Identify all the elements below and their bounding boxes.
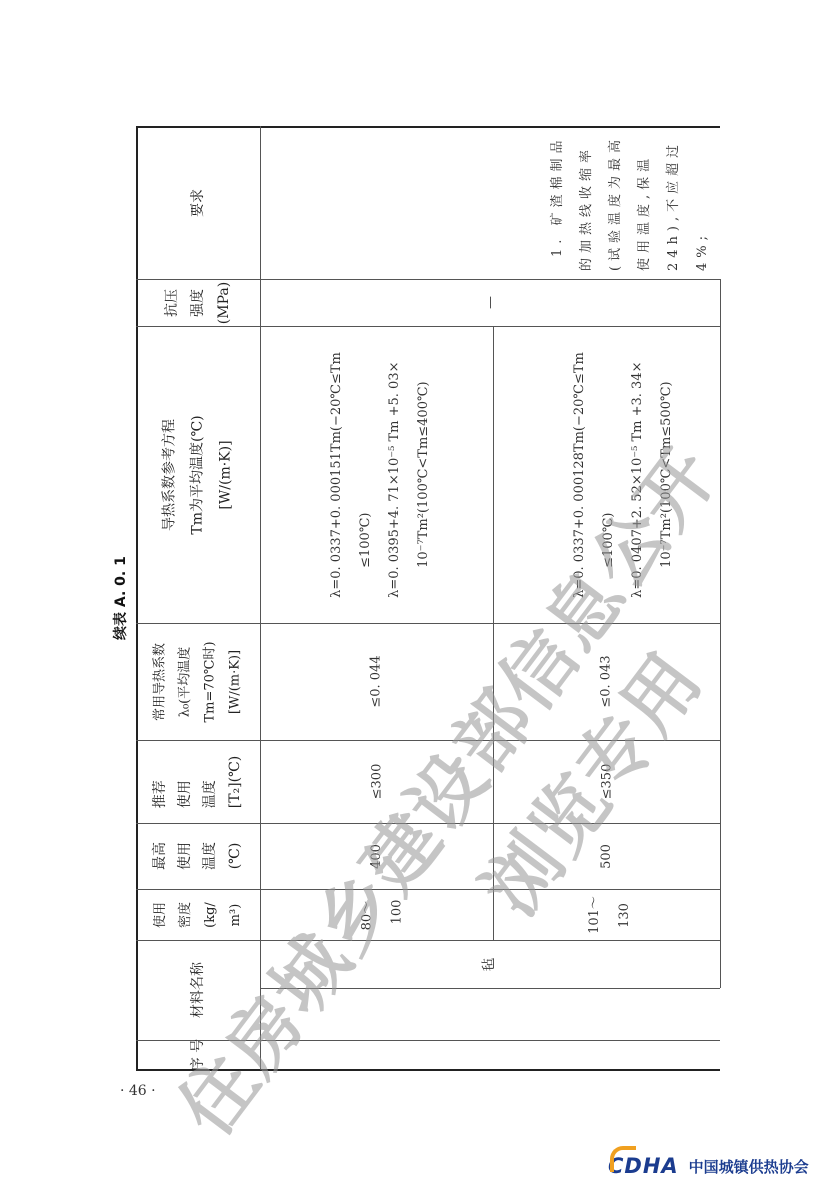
density-cell: 101～130	[580, 889, 640, 940]
compressive-strength-cell: —	[260, 279, 720, 326]
header-requirement: 要求	[136, 126, 260, 279]
cdha-logo-icon: CDHA	[608, 1154, 679, 1178]
equation-cell: λ=0. 0337+0. 000151Tm(−20℃≤Tm ≤100℃) λ=0…	[300, 326, 460, 623]
header-conductivity: 常用导热系数λ₀(平均温度Tm=70℃时)[W/(m·K)]	[136, 623, 260, 740]
page-number: · 46 ·	[120, 1083, 156, 1099]
footer-logo: CDHA 中国城镇供热协会	[608, 1150, 818, 1182]
header-density: 使用密度(kg/m³)	[136, 889, 260, 940]
table-title: 续表 A. 0. 1	[110, 556, 130, 640]
requirement-cell: 1. 矿渣棉制品 的加热线收缩率 (试验温度为最高 使用温度,保温 24h),不…	[540, 126, 720, 279]
header-compressive-strength: 抗压强度(MPa)	[136, 279, 260, 326]
header-recommended-temp: 推荐使用温度[T₂](℃)	[136, 740, 260, 823]
org-name: 中国城镇供热协会	[689, 1156, 809, 1177]
header-max-temp: 最高使用温度(℃)	[136, 823, 260, 889]
header-equation: 导热系数参考方程Tm为平均温度(℃)[W/(m·K)]	[136, 326, 260, 623]
